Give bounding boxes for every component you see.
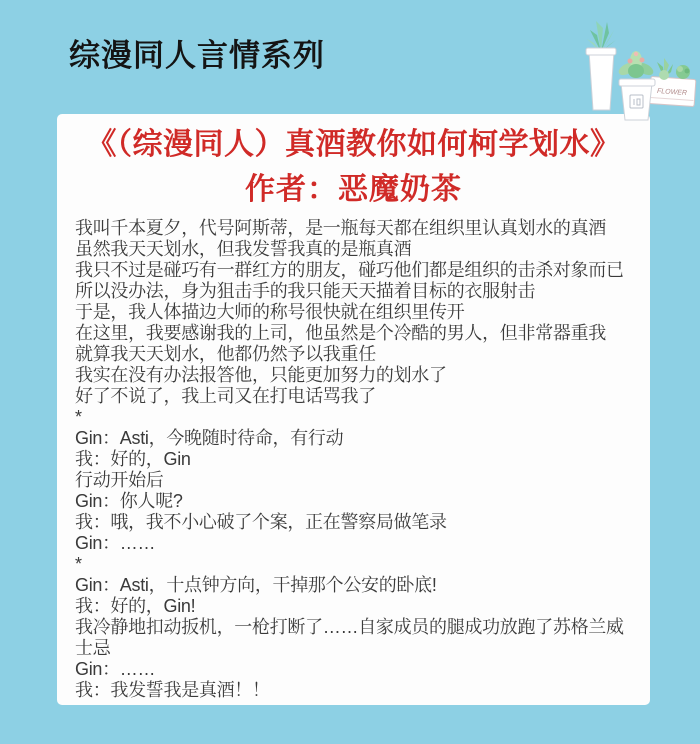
story-line: Gin：…… — [75, 659, 644, 680]
story-line: * — [75, 554, 644, 575]
story-card: 《（综漫同人）真酒教你如何柯学划水》 作者：恶魔奶茶 我叫千本夏夕，代号阿斯蒂，… — [57, 114, 650, 705]
story-line: 所以没办法，身为狙击手的我只能天天描着目标的衣服射击 — [75, 281, 644, 302]
page-background: 综漫同人言情系列 FLOWER — [0, 0, 700, 744]
page-title: 综漫同人言情系列 — [69, 30, 325, 75]
story-line: Gin：…… — [75, 533, 644, 554]
succulent-pot-icon — [617, 51, 656, 120]
story-line: 我叫千本夏夕，代号阿斯蒂，是一瓶每天都在组织里认真划水的真酒 — [75, 218, 644, 239]
plant-decoration: FLOWER — [568, 16, 698, 142]
story-line: 于是，我人体描边大师的称号很快就在组织里传开 — [75, 302, 644, 323]
story-line: 我冷静地扣动扳机，一枪打断了……自家成员的腿成功放跑了苏格兰威 — [75, 617, 644, 638]
story-line: 就算我天天划水，他都仍然予以我重任 — [75, 344, 644, 365]
story-line: 在这里，我要感谢我的上司，他虽然是个冷酷的男人，但非常器重我 — [75, 323, 644, 344]
small-succulent-icon — [657, 58, 690, 80]
story-line: 我：好的，Gin! — [75, 596, 644, 617]
story-line: 我：哦，我不小心破了个案，正在警察局做笔录 — [75, 512, 644, 533]
flower-box: FLOWER — [649, 76, 696, 106]
story-line: 我：好的，Gin — [75, 449, 644, 470]
story-title: 《（综漫同人）真酒教你如何柯学划水》 — [59, 128, 648, 162]
story-line: 好了不说了，我上司又在打电话骂我了 — [75, 386, 644, 407]
story-line: 我只不过是碰巧有一群红方的朋友，碰巧他们都是组织的击杀对象而已 — [75, 260, 644, 281]
story-line: Gin：Asti，今晚随时待命，有行动 — [75, 428, 644, 449]
story-body: 我叫千本夏夕，代号阿斯蒂，是一瓶每天都在组织里认真划水的真酒虽然我天天划水，但我… — [75, 218, 644, 701]
story-author: 作者：恶魔奶茶 — [57, 173, 650, 207]
aloe-plant-icon — [586, 21, 616, 110]
story-line: 行动开始后 — [75, 470, 644, 491]
story-line: Gin：你人呢? — [75, 491, 644, 512]
story-line: 我：我发誓我是真酒！！ — [75, 680, 644, 701]
story-line: 士忌 — [75, 638, 644, 659]
story-line: * — [75, 407, 644, 428]
story-line: 虽然我天天划水，但我发誓我真的是瓶真酒 — [75, 239, 644, 260]
story-line: 我实在没有办法报答他，只能更加努力的划水了 — [75, 365, 644, 386]
story-line: Gin：Asti，十点钟方向，干掉那个公安的卧底! — [75, 575, 644, 596]
